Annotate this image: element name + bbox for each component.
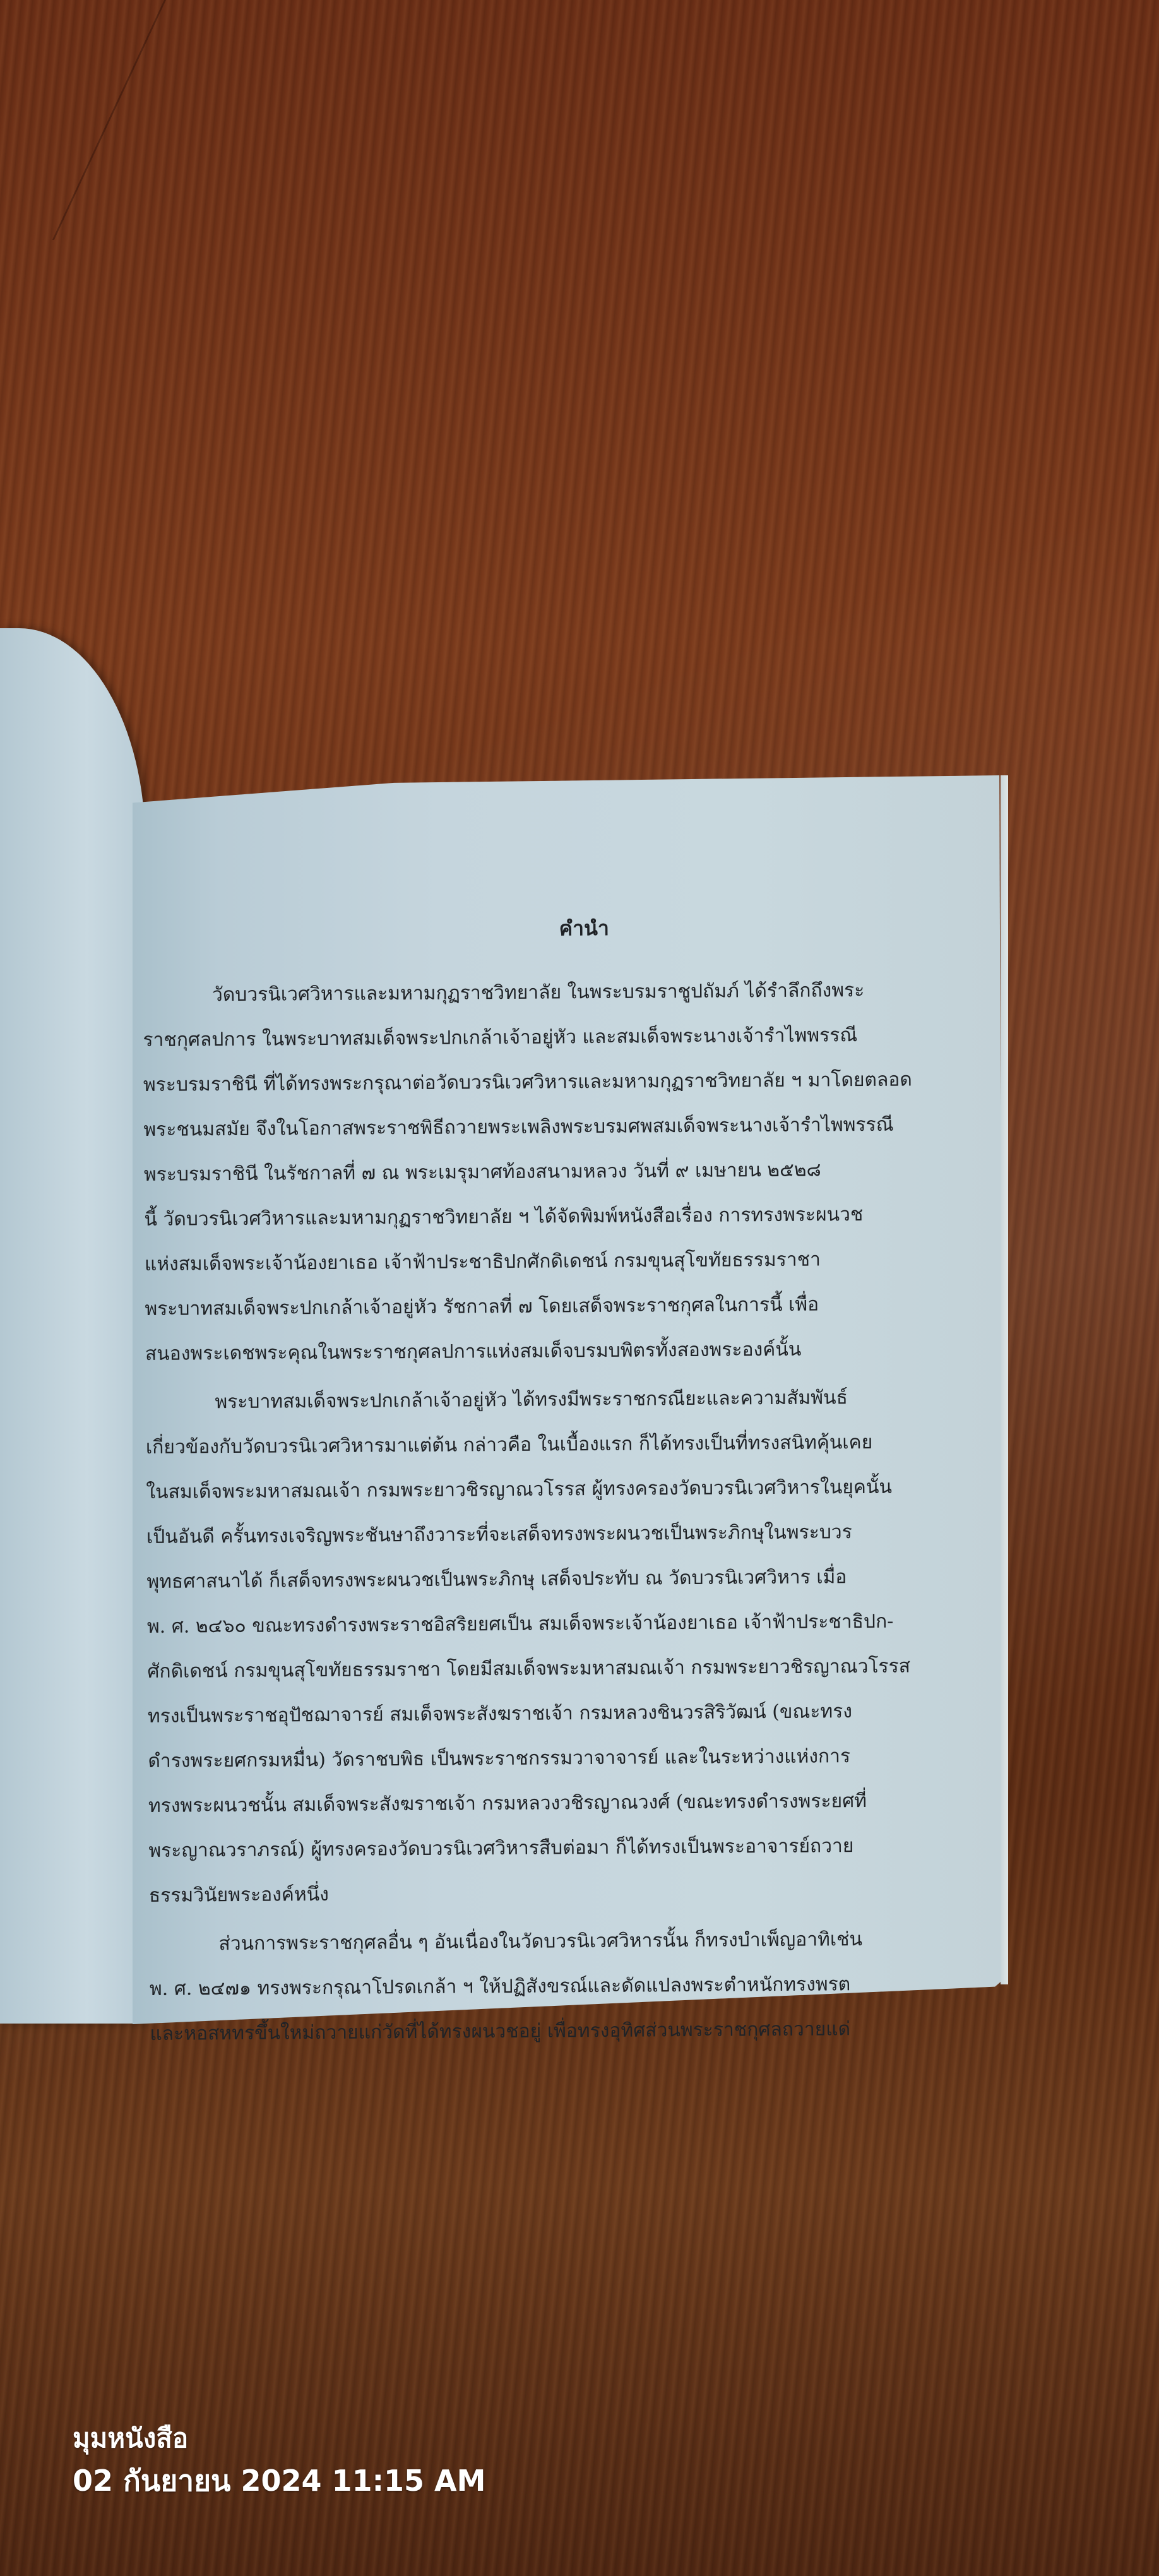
text-line: พระบรมราชินี ที่ได้ทรงพระกรุณาต่อวัดบวรน… bbox=[143, 1057, 992, 1107]
text-line: แห่งสมเด็จพระเจ้าน้องยาเธอ เจ้าฟ้าประชาธ… bbox=[145, 1236, 994, 1287]
text-line: พระญาณวราภรณ์) ผู้ทรงครองวัดบวรนิเวศวิหา… bbox=[148, 1823, 997, 1873]
watermark-title: มุมหนังสือ bbox=[73, 2418, 485, 2459]
text-line: พระบาทสมเด็จพระปกเกล้าเจ้าอยู่หัว ได้ทรง… bbox=[145, 1374, 994, 1425]
text-line: พุทธศาสนาได้ ก็เสด็จทรงพระผนวชเป็นพระภิก… bbox=[146, 1554, 996, 1604]
text-line: นี้ วัดบวรนิเวศวิหารและมหามกุฏราชวิทยาลั… bbox=[144, 1191, 993, 1242]
text-line: เกี่ยวข้องกับวัดบวรนิเวศวิหารมาแต่ต้น กล… bbox=[146, 1419, 995, 1470]
text-line: และหอสหทรขึ้นใหม่ถวายแก่วัดที่ได้ทรงผนวช… bbox=[150, 2006, 999, 2056]
text-line: เป็นอันดี ครั้นทรงเจริญพระชันษาถึงวาระที… bbox=[146, 1509, 996, 1559]
page-content: คำนำ วัดบวรนิเวศวิหารและมหามกุฏราชวิทยาล… bbox=[142, 903, 999, 2056]
paragraph-3: ส่วนการพระราชกุศลอื่น ๆ อันเนื่องในวัดบว… bbox=[149, 1916, 999, 2056]
text-line: ราชกุศลปการ ในพระบาทสมเด็จพระปกเกล้าเจ้า… bbox=[143, 1012, 992, 1063]
text-line: พระบาทสมเด็จพระปกเกล้าเจ้าอยู่หัว รัชกาล… bbox=[145, 1281, 994, 1332]
left-page-curl bbox=[0, 628, 145, 2024]
text-line: วัดบวรนิเวศวิหารและมหามกุฏราชวิทยาลัย ใน… bbox=[143, 967, 992, 1018]
text-line: สนองพระเดชพระคุณในพระราชกุศลปการแห่งสมเด… bbox=[145, 1326, 994, 1376]
text-line: ในสมเด็จพระมหาสมณเจ้า กรมพระยาวชิรญาณวโร… bbox=[146, 1464, 995, 1515]
text-line: ศักดิเดชน์ กรมขุนสุโขทัยธรรมราชา โดยมีสม… bbox=[147, 1643, 996, 1694]
watermark-datetime: 02 กันยายน 2024 11:15 AM bbox=[73, 2459, 485, 2503]
text-line: พ. ศ. ๒๔๖๐ ขณะทรงดำรงพระราชอิสริยยศเป็น … bbox=[147, 1599, 996, 1649]
paragraph-2: พระบาทสมเด็จพระปกเกล้าเจ้าอยู่หัว ได้ทรง… bbox=[145, 1374, 998, 1918]
text-line: พ. ศ. ๒๔๗๑ ทรงพระกรุณาโปรดเกล้า ฯ ให้ปฏิ… bbox=[150, 1961, 999, 2012]
text-line: ส่วนการพระราชกุศลอื่น ๆ อันเนื่องในวัดบว… bbox=[149, 1916, 998, 1967]
photo-watermark: มุมหนังสือ 02 กันยายน 2024 11:15 AM bbox=[73, 2418, 485, 2503]
page-edge bbox=[1001, 775, 1008, 1984]
text-line: ทรงเป็นพระราชอุปัชฌาจารย์ สมเด็จพระสังฆร… bbox=[148, 1688, 997, 1739]
text-line: ทรงพระผนวชนั้น สมเด็จพระสังฆราชเจ้า กรมห… bbox=[148, 1778, 997, 1828]
text-line: ดำรงพระยศกรมหมื่น) วัดราชบพิธ เป็นพระราช… bbox=[148, 1733, 997, 1784]
page-title: คำนำ bbox=[142, 903, 991, 954]
text-line: ธรรมวินัยพระองค์หนึ่ง bbox=[149, 1868, 998, 1918]
paragraph-1: วัดบวรนิเวศวิหารและมหามกุฏราชวิทยาลัย ใน… bbox=[143, 967, 994, 1376]
text-line: พระชนมสมัย จึงในโอกาสพระราชพิธีถวายพระเพ… bbox=[143, 1102, 992, 1152]
text-line: พระบรมราชินี ในรัชกาลที่ ๗ ณ พระเมรุมาศท… bbox=[144, 1147, 993, 1197]
